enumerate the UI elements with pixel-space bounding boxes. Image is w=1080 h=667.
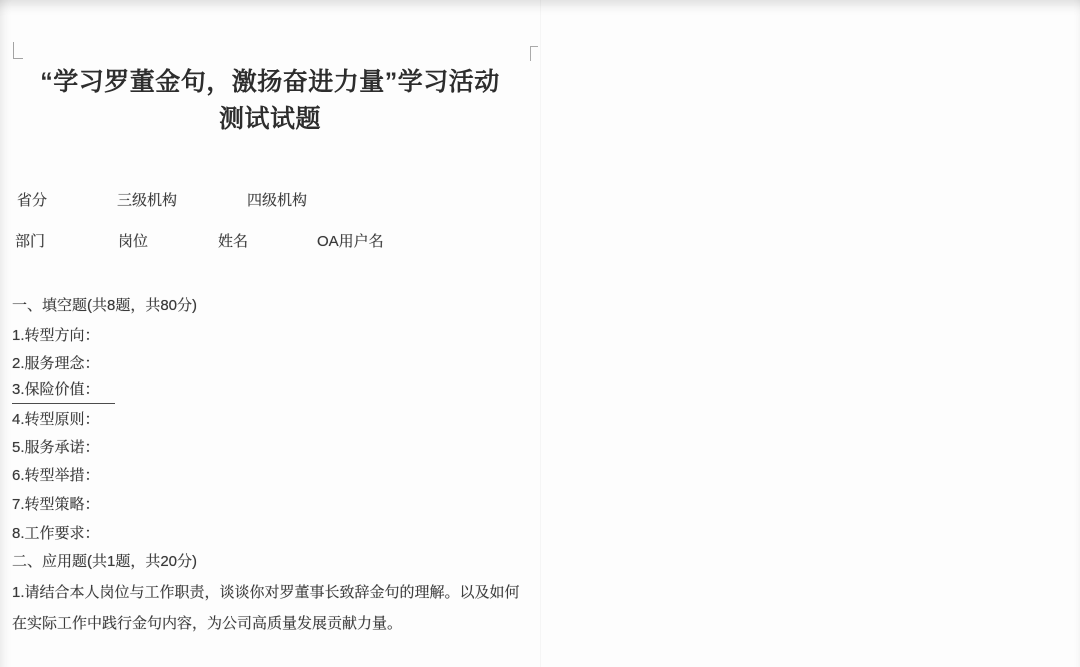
- test-paper-page: “学习罗董金句，激扬奋进力量”学习活动 测试试题 省分 三级机构 四级机构 部门…: [0, 0, 540, 667]
- blank-item-1: 1.转型方向：: [12, 326, 100, 346]
- blank-item-6: 6.转型举措：: [12, 466, 100, 486]
- blank-item-3: 3.保险价值：: [12, 380, 115, 404]
- field-label-department: 部门: [15, 232, 45, 252]
- section2-heading: 二、应用题(共1题，共20分): [12, 552, 197, 572]
- text-boundary-corner-icon: [13, 42, 23, 59]
- blank-item-4: 4.转型原则：: [12, 410, 100, 430]
- field-label-tier3-org: 三级机构: [117, 191, 177, 211]
- section1-heading: 一、填空题(共8题，共80分): [12, 296, 197, 316]
- field-label-tier4-org: 四级机构: [247, 191, 307, 211]
- answer-key-page: “学习罗董金句，激扬奋进力量”学习活动 测试试题答案 省分 三级机构 四级机构 …: [540, 0, 1080, 667]
- doc-title-line1: “学习罗董金句，激扬奋进力量”学习活动: [0, 64, 540, 100]
- doc-title-line2: 测试试题: [0, 101, 540, 137]
- blank-item-5: 5.服务承诺：: [12, 438, 100, 458]
- essay-question-line1: 1.请结合本人岗位与工作职责，谈谈你对罗董事长致辞金句的理解。以及如何: [12, 583, 520, 603]
- screenshot-canvas: “学习罗董金句，激扬奋进力量”学习活动 测试试题 省分 三级机构 四级机构 部门…: [0, 0, 1080, 667]
- field-label-oa-username: OA用户名: [317, 232, 384, 252]
- field-label-province: 省分: [17, 191, 47, 211]
- blank-item-7: 7.转型策略：: [12, 495, 100, 515]
- field-label-position: 岗位: [118, 232, 148, 252]
- blank-item-2: 2.服务理念：: [12, 354, 100, 374]
- blank-item-8: 8.工作要求：: [12, 524, 100, 544]
- essay-question-line2: 在实际工作中践行金句内容，为公司高质量发展贡献力量。: [12, 614, 402, 634]
- text-boundary-corner-icon: [530, 46, 538, 61]
- field-label-name: 姓名: [218, 232, 248, 252]
